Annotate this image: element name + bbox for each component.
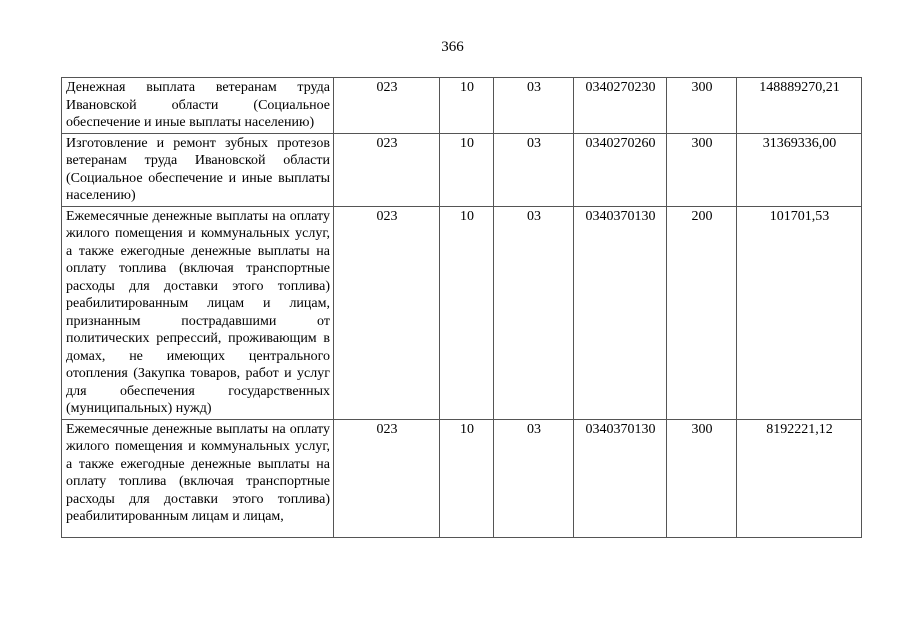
section-code: 10 (440, 206, 494, 419)
row-description: Изготовление и ремонт зубных протезов ве… (62, 133, 334, 206)
target-article-code: 0340270260 (574, 133, 667, 206)
subsection-code: 03 (494, 133, 574, 206)
expense-type-code: 300 (667, 419, 737, 537)
ministry-code: 023 (334, 206, 440, 419)
subsection-code: 03 (494, 206, 574, 419)
expense-type-code: 200 (667, 206, 737, 419)
row-description: Денежная выплата ветеранам труда Ивановс… (62, 78, 334, 134)
ministry-code: 023 (334, 78, 440, 134)
row-description: Ежемесячные денежные выплаты на оплату ж… (62, 419, 334, 537)
ministry-code: 023 (334, 419, 440, 537)
subsection-code: 03 (494, 78, 574, 134)
page-number: 366 (0, 39, 905, 56)
ministry-code: 023 (334, 133, 440, 206)
expense-type-code: 300 (667, 78, 737, 134)
table-row: Ежемесячные денежные выплаты на оплату ж… (62, 206, 862, 419)
row-description: Ежемесячные денежные выплаты на оплату ж… (62, 206, 334, 419)
amount: 31369336,00 (737, 133, 862, 206)
table-row: Изготовление и ремонт зубных протезов ве… (62, 133, 862, 206)
target-article-code: 0340370130 (574, 419, 667, 537)
budget-table: Денежная выплата ветеранам труда Ивановс… (61, 77, 862, 538)
amount: 101701,53 (737, 206, 862, 419)
section-code: 10 (440, 78, 494, 134)
target-article-code: 0340270230 (574, 78, 667, 134)
amount: 8192221,12 (737, 419, 862, 537)
subsection-code: 03 (494, 419, 574, 537)
table-row: Денежная выплата ветеранам труда Ивановс… (62, 78, 862, 134)
amount: 148889270,21 (737, 78, 862, 134)
section-code: 10 (440, 419, 494, 537)
expense-type-code: 300 (667, 133, 737, 206)
section-code: 10 (440, 133, 494, 206)
table-row: Ежемесячные денежные выплаты на оплату ж… (62, 419, 862, 537)
target-article-code: 0340370130 (574, 206, 667, 419)
